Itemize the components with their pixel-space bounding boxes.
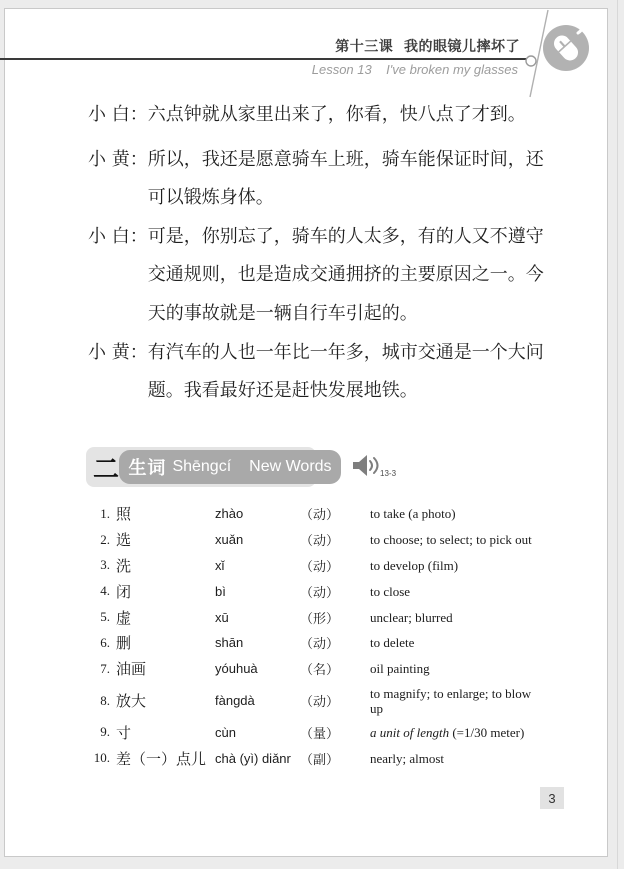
vocab-pinyin: cùn <box>215 725 300 740</box>
vocab-row: 2. 选 xuǎn （动） to choose; to select; to p… <box>88 527 578 553</box>
speaker-label: 小 白： <box>88 218 148 334</box>
header-rule <box>0 58 527 60</box>
page-number: 3 <box>540 787 564 809</box>
vocab-definition: a unit of length (=1/30 meter) <box>370 725 575 740</box>
vocab-row: 1. 照 zhào （动） to take (a photo) <box>88 501 578 527</box>
vocab-definition-text: to take (a photo) <box>370 506 456 521</box>
vocab-definition: to magnify; to enlarge; to blow up <box>370 686 575 716</box>
dialogue-turn: 小 黄： 有汽车的人也一年比一年多，城市交通是一个大问 题。我看最好还是赶快发展… <box>88 334 548 411</box>
vocab-pinyin: fàngdà <box>215 693 300 708</box>
dialogue-block: 小 白： 六点钟就从家里出来了，你看，快八点了才到。 小 黄： 所以，我还是愿意… <box>88 96 548 411</box>
vocab-row: 10. 差（一）点儿 chà (yì) diǎnr （副） nearly; al… <box>88 745 578 771</box>
rule-end-marker <box>526 56 536 66</box>
utterance-text: 六点钟就从家里出来了，你看，快八点了才到。 <box>148 96 548 135</box>
vocab-number: 8. <box>88 693 110 709</box>
vocab-number: 10. <box>88 750 110 766</box>
vocab-definition: to take (a photo) <box>370 506 575 521</box>
vocab-pinyin: xuǎn <box>215 532 300 547</box>
lesson-title-zh: 第十三课 我的眼镜儿摔坏了 <box>335 36 520 56</box>
vocab-number: 6. <box>88 635 110 651</box>
vocab-definition-text: nearly; almost <box>370 751 444 766</box>
utterance-text: 有汽车的人也一年比一年多，城市交通是一个大问 题。我看最好还是赶快发展地铁。 <box>148 334 548 411</box>
vocab-definition: to develop (film) <box>370 558 575 573</box>
vocab-word: 油画 <box>110 658 215 679</box>
vocab-number: 1. <box>88 506 110 522</box>
vocab-pos: （动） <box>300 504 370 523</box>
vocab-number: 2. <box>88 532 110 548</box>
vocab-pinyin: bì <box>215 584 300 599</box>
utterance-text: 所以，我还是愿意骑车上班，骑车能保证时间，还 可以锻炼身体。 <box>148 141 548 218</box>
vocab-word: 选 <box>110 529 215 550</box>
mouse-icon <box>536 18 596 78</box>
vocab-pinyin: xǐ <box>215 558 300 573</box>
vocab-definition: unclear; blurred <box>370 610 575 625</box>
vocab-definition-text: unclear; blurred <box>370 610 453 625</box>
vocab-definition-text: to close <box>370 584 410 599</box>
vocab-pos: （量） <box>300 723 370 742</box>
vocab-definition-text: to magnify; to enlarge; to blow up <box>370 686 531 716</box>
section-title-zh: 生词 <box>128 454 166 480</box>
section-title-pinyin: Shēngcí <box>172 458 231 476</box>
vocab-word: 删 <box>110 632 215 653</box>
vocab-row: 3. 洗 xǐ （动） to develop (film) <box>88 553 578 579</box>
vocab-pinyin: zhào <box>215 506 300 521</box>
vocab-row: 4. 闭 bì （动） to close <box>88 578 578 604</box>
lesson-title-en: Lesson 13 I've broken my glasses <box>312 62 518 77</box>
vocab-pinyin: xū <box>215 610 300 625</box>
speaker-label: 小 白： <box>88 96 148 135</box>
vocab-number: 4. <box>88 583 110 599</box>
vocab-pos: （动） <box>300 633 370 652</box>
vocab-definition: nearly; almost <box>370 751 575 766</box>
vocab-word: 虚 <box>110 607 215 628</box>
vocab-number: 3. <box>88 557 110 573</box>
vocab-word: 洗 <box>110 555 215 576</box>
vocab-pinyin: chà (yì) diǎnr <box>215 751 300 766</box>
vocab-number: 7. <box>88 661 110 677</box>
vocab-definition-text: to develop (film) <box>370 558 458 573</box>
section-number: 二 <box>93 449 119 486</box>
section-title-en: New Words <box>249 458 331 476</box>
vocab-pinyin: yóuhuà <box>215 661 300 676</box>
vocab-number: 9. <box>88 724 110 740</box>
dialogue-turn: 小 黄： 所以，我还是愿意骑车上班，骑车能保证时间，还 可以锻炼身体。 <box>88 141 548 218</box>
vocab-pos: （动） <box>300 556 370 575</box>
vocab-word: 差（一）点儿 <box>110 748 215 769</box>
vocab-word: 寸 <box>110 722 215 743</box>
vocab-word: 闭 <box>110 581 215 602</box>
vocab-word: 放大 <box>110 690 215 711</box>
dialogue-turn: 小 白： 可是，你别忘了，骑车的人太多，有的人又不遵守 交通规则，也是造成交通拥… <box>88 218 548 334</box>
vocab-definition: to delete <box>370 635 575 650</box>
vocab-pos: （形） <box>300 608 370 627</box>
vocab-list: 1. 照 zhào （动） to take (a photo) 2. 选 xuǎ… <box>88 501 578 771</box>
vocab-definition: oil painting <box>370 661 575 676</box>
vocab-definition-text: to choose; to select; to pick out <box>370 532 532 547</box>
section-title-pill: 生词 Shēngcí New Words <box>119 450 341 484</box>
vocab-definition-italic: a unit of length <box>370 725 449 740</box>
vocab-definition-text: (=1/30 meter) <box>449 725 524 740</box>
vocab-pos: （名） <box>300 659 370 678</box>
vocab-definition: to choose; to select; to pick out <box>370 532 575 547</box>
vocab-definition-text: oil painting <box>370 661 430 676</box>
vocab-row: 5. 虚 xū （形） unclear; blurred <box>88 604 578 630</box>
vocab-row: 8. 放大 fàngdà （动） to magnify; to enlarge;… <box>88 682 578 720</box>
vocab-pinyin: shān <box>215 635 300 650</box>
vocab-row: 7. 油画 yóuhuà （名） oil painting <box>88 656 578 682</box>
speaker-icon <box>351 452 381 480</box>
vocab-definition: to close <box>370 584 575 599</box>
scanned-textbook-page: 第十三课 我的眼镜儿摔坏了 Lesson 13 I've broken my g… <box>0 0 624 869</box>
dialogue-turn: 小 白： 六点钟就从家里出来了，你看，快八点了才到。 <box>88 96 548 135</box>
vocab-number: 5. <box>88 609 110 625</box>
vocab-pos: （动） <box>300 582 370 601</box>
page-edge-line <box>617 0 618 869</box>
vocab-definition-text: to delete <box>370 635 414 650</box>
vocab-row: 9. 寸 cùn （量） a unit of length (=1/30 met… <box>88 720 578 746</box>
utterance-text: 可是，你别忘了，骑车的人太多，有的人又不遵守 交通规则，也是造成交通拥挤的主要原… <box>148 218 548 334</box>
vocab-word: 照 <box>110 503 215 524</box>
vocab-pos: （动） <box>300 691 370 710</box>
vocab-pos: （副） <box>300 749 370 768</box>
audio-track-label: 13-3 <box>380 469 396 478</box>
speaker-label: 小 黄： <box>88 334 148 411</box>
vocab-row: 6. 删 shān （动） to delete <box>88 630 578 656</box>
speaker-label: 小 黄： <box>88 141 148 218</box>
vocab-pos: （动） <box>300 530 370 549</box>
